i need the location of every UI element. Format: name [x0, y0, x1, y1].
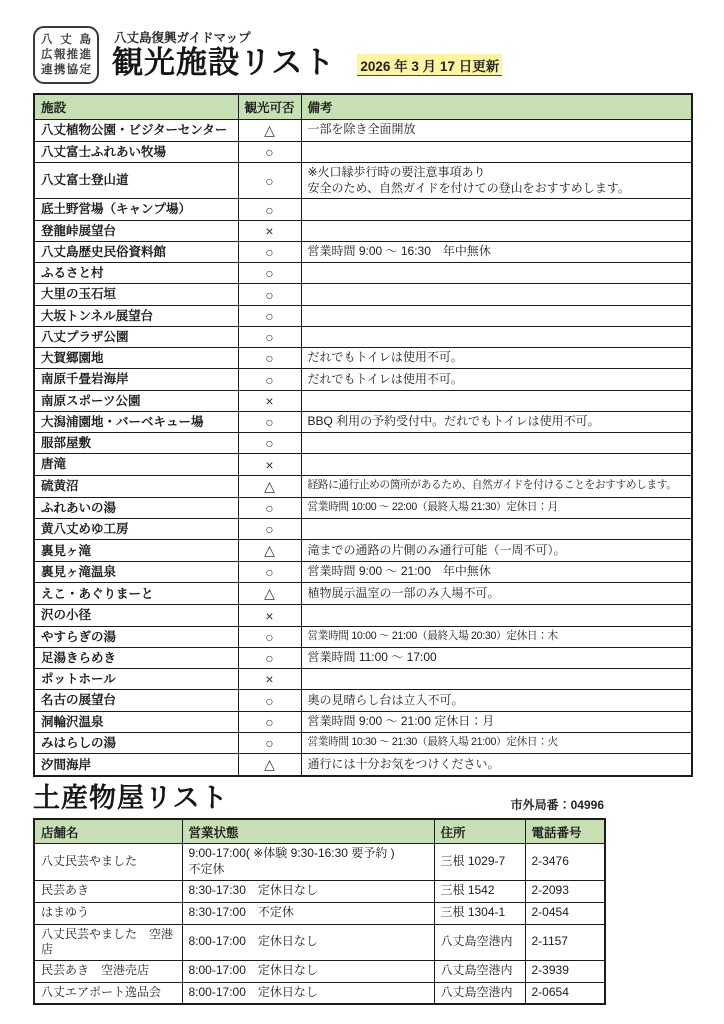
remarks-cell: 営業時間 9:00 ～ 21:00 定休日：月	[301, 711, 692, 732]
shop-row: はまゆう 8:30-17:00 不定休 三根 1304-1 2-0454	[34, 902, 605, 924]
facility-name-cell: 八丈富士ふれあい牧場	[34, 141, 238, 162]
facility-row: 八丈植物公園・ビジターセンター △ 一部を除き全面開放	[34, 119, 692, 141]
remarks-cell	[301, 454, 692, 475]
shop-name-cell: 民芸あき 空港売店	[34, 960, 182, 982]
facility-name-cell: 名古の展望台	[34, 690, 238, 711]
facility-table-body: 八丈植物公園・ビジターセンター △ 一部を除き全面開放 八丈富士ふれあい牧場 ○…	[34, 119, 692, 776]
facility-row: 大里の玉石垣 ○	[34, 284, 692, 305]
facility-row: 足湯きらめき ○ 営業時間 11:00 ～ 17:00	[34, 647, 692, 668]
remarks-cell: 経路に通行止めの箇所があるため、自然ガイドを付けることをおすすめします。	[301, 475, 692, 497]
availability-status-cell: ×	[238, 669, 301, 690]
facility-name-cell: 汐間海岸	[34, 754, 238, 777]
facility-row: 南原スポーツ公園 ×	[34, 390, 692, 411]
availability-status-cell: ○	[238, 241, 301, 262]
remarks-cell	[301, 605, 692, 626]
facility-row: 沢の小径 ×	[34, 605, 692, 626]
shop-row: 民芸あき 空港売店 8:00-17:00 定休日なし 八丈島空港内 2-3939	[34, 960, 605, 982]
facility-name-cell: 登龍峠展望台	[34, 220, 238, 241]
availability-status-cell: ×	[238, 220, 301, 241]
shop-row: 八丈民芸やました 9:00-17:00( ※体験 9:30-16:30 要予約 …	[34, 844, 605, 880]
shop-name-cell: 民芸あき	[34, 880, 182, 902]
availability-status-cell: △	[238, 583, 301, 605]
shop-address-cell: 八丈島空港内	[434, 924, 525, 960]
souvenir-section-header: 土産物屋リスト 市外局番：04996	[33, 784, 604, 814]
availability-status-cell: △	[238, 119, 301, 141]
availability-status-cell: ○	[238, 199, 301, 220]
shop-address-cell: 三根 1029-7	[434, 844, 525, 880]
facility-row: 服部屋敷 ○	[34, 433, 692, 454]
availability-status-cell: ○	[238, 326, 301, 347]
facility-name-cell: 南原千畳岩海岸	[34, 369, 238, 390]
remarks-cell: 営業時間 9:00 ～ 21:00 年中無休	[301, 562, 692, 583]
availability-status-cell: ○	[238, 647, 301, 668]
facility-row: ふれあいの湯 ○ 営業時間 10:00 ～ 22:00（最終入場 21:30）定…	[34, 497, 692, 518]
shop-phone-cell: 2-3476	[525, 844, 605, 880]
remarks-cell	[301, 284, 692, 305]
facility-name-cell: 唐滝	[34, 454, 238, 475]
availability-status-cell: ○	[238, 433, 301, 454]
facility-row: 洞輪沢温泉 ○ 営業時間 9:00 ～ 21:00 定休日：月	[34, 711, 692, 732]
facility-row: 八丈富士登山道 ○ ※火口縁歩行時の要注意事項あり 安全のため、自然ガイドを付け…	[34, 162, 692, 199]
facility-row: 裏見ヶ滝温泉 ○ 営業時間 9:00 ～ 21:00 年中無休	[34, 562, 692, 583]
remarks-cell	[301, 199, 692, 220]
facility-row: 大坂トンネル展望台 ○	[34, 305, 692, 326]
souvenir-header-row: 店舗名 営業状態 住所 電話番号	[34, 819, 605, 844]
facility-row: 黄八丈めゆ工房 ○	[34, 518, 692, 539]
shop-address-cell: 八丈島空港内	[434, 960, 525, 982]
remarks-cell	[301, 390, 692, 411]
facility-name-cell: 八丈島歴史民俗資料館	[34, 241, 238, 262]
availability-status-cell: ○	[238, 141, 301, 162]
facility-row: えこ・あぐりまーと △ 植物展示温室の一部のみ入場不可。	[34, 583, 692, 605]
facility-name-cell: ふるさと村	[34, 263, 238, 284]
availability-status-cell: △	[238, 540, 301, 562]
title-row: 観光施設リスト 2026 年 3 月 17 日更新	[112, 46, 502, 81]
column-header-address: 住所	[434, 819, 525, 844]
facility-row: 八丈富士ふれあい牧場 ○	[34, 141, 692, 162]
availability-status-cell: △	[238, 475, 301, 497]
facility-name-cell: 裏見ヶ滝	[34, 540, 238, 562]
availability-status-cell: ○	[238, 711, 301, 732]
shop-phone-cell: 2-3939	[525, 960, 605, 982]
shop-address-cell: 三根 1542	[434, 880, 525, 902]
shop-name-cell: 八丈民芸やました	[34, 844, 182, 880]
souvenir-table: 店舗名 営業状態 住所 電話番号 八丈民芸やました 9:00-17:00( ※体…	[33, 818, 606, 1005]
stamp-line: 八丈島	[41, 33, 91, 48]
facility-name-cell: 大賀郷園地	[34, 348, 238, 369]
availability-status-cell: ○	[238, 562, 301, 583]
shop-hours-cell: 8:30-17:30 定休日なし	[182, 880, 434, 902]
facility-table: 施設 観光可否 備考 八丈植物公園・ビジターセンター △ 一部を除き全面開放 八…	[33, 93, 693, 777]
facility-name-cell: 八丈植物公園・ビジターセンター	[34, 119, 238, 141]
facility-row: やすらぎの湯 ○ 営業時間 10:00 ～ 21:00（最終入場 20:30）定…	[34, 626, 692, 647]
remarks-cell	[301, 518, 692, 539]
column-header-phone: 電話番号	[525, 819, 605, 844]
availability-status-cell: ×	[238, 454, 301, 475]
remarks-cell	[301, 669, 692, 690]
facility-name-cell: 大坂トンネル展望台	[34, 305, 238, 326]
facility-row: 裏見ヶ滝 △ 滝までの通路の片側のみ通行可能（一周不可）。	[34, 540, 692, 562]
column-header-business-hours: 営業状態	[182, 819, 434, 844]
facility-row: 名古の展望台 ○ 奥の見晴らし台は立入不可。	[34, 690, 692, 711]
availability-status-cell: ○	[238, 263, 301, 284]
availability-status-cell: △	[238, 754, 301, 777]
facility-table-header: 施設 観光可否 備考	[34, 94, 692, 119]
availability-status-cell: ○	[238, 305, 301, 326]
remarks-cell	[301, 220, 692, 241]
column-header-availability: 観光可否	[238, 94, 301, 119]
remarks-cell: 通行には十分お気をつけください。	[301, 754, 692, 777]
shop-phone-cell: 2-1157	[525, 924, 605, 960]
remarks-cell: 奥の見晴らし台は立入不可。	[301, 690, 692, 711]
shop-hours-cell: 8:30-17:00 不定休	[182, 902, 434, 924]
remarks-cell: ※火口縁歩行時の要注意事項あり 安全のため、自然ガイドを付けての登山をおすすめし…	[301, 162, 692, 199]
facility-name-cell: 沢の小径	[34, 605, 238, 626]
facility-name-cell: えこ・あぐりまーと	[34, 583, 238, 605]
column-header-facility: 施設	[34, 94, 238, 119]
facility-name-cell: 八丈プラザ公園	[34, 326, 238, 347]
facility-row: 硫黄沼 △ 経路に通行止めの箇所があるため、自然ガイドを付けることをおすすめしま…	[34, 475, 692, 497]
facility-name-cell: 裏見ヶ滝温泉	[34, 562, 238, 583]
availability-status-cell: ○	[238, 284, 301, 305]
availability-status-cell: ○	[238, 411, 301, 432]
facility-row: ふるさと村 ○	[34, 263, 692, 284]
column-header-shop-name: 店舗名	[34, 819, 182, 844]
shop-phone-cell: 2-0454	[525, 902, 605, 924]
shop-row: 民芸あき 8:30-17:30 定休日なし 三根 1542 2-2093	[34, 880, 605, 902]
shop-phone-cell: 2-0654	[525, 982, 605, 1004]
stamp-line: 広報推進	[41, 48, 91, 63]
availability-status-cell: ○	[238, 626, 301, 647]
facility-row: ポットホール ×	[34, 669, 692, 690]
facility-name-cell: 八丈富士登山道	[34, 162, 238, 199]
souvenir-table-body: 八丈民芸やました 9:00-17:00( ※体験 9:30-16:30 要予約 …	[34, 844, 605, 1004]
facility-name-cell: 大里の玉石垣	[34, 284, 238, 305]
remarks-cell: 営業時間 9:00 ～ 16:30 年中無休	[301, 241, 692, 262]
availability-status-cell: ○	[238, 518, 301, 539]
remarks-cell: BBQ 利用の予約受付中。だれでもトイレは使用不可。	[301, 411, 692, 432]
facility-name-cell: 服部屋敷	[34, 433, 238, 454]
remarks-cell: 植物展示温室の一部のみ入場不可。	[301, 583, 692, 605]
remarks-cell	[301, 305, 692, 326]
souvenir-table-header: 店舗名 営業状態 住所 電話番号	[34, 819, 605, 844]
facility-row: 八丈プラザ公園 ○	[34, 326, 692, 347]
title-block: 八丈島復興ガイドマップ 観光施設リスト 2026 年 3 月 17 日更新	[112, 26, 502, 81]
document-subtitle: 八丈島復興ガイドマップ	[114, 28, 502, 46]
facility-row: 大潟浦園地・バーベキュー場 ○ BBQ 利用の予約受付中。だれでもトイレは使用不…	[34, 411, 692, 432]
availability-status-cell: ○	[238, 369, 301, 390]
facility-row: 八丈島歴史民俗資料館 ○ 営業時間 9:00 ～ 16:30 年中無休	[34, 241, 692, 262]
facility-name-cell: みはらしの湯	[34, 732, 238, 753]
shop-name-cell: 八丈民芸やました 空港店	[34, 924, 182, 960]
facility-name-cell: 南原スポーツ公園	[34, 390, 238, 411]
shop-phone-cell: 2-2093	[525, 880, 605, 902]
facility-row: 南原千畳岩海岸 ○ だれでもトイレは使用不可。	[34, 369, 692, 390]
remarks-cell: 営業時間 10:30 ～ 21:30（最終入場 21:00）定休日：火	[301, 732, 692, 753]
availability-status-cell: ○	[238, 348, 301, 369]
association-stamp: 八丈島 広報推進 連携協定	[33, 26, 99, 84]
facility-row: 底土野営場（キャンプ場） ○	[34, 199, 692, 220]
availability-status-cell: ×	[238, 605, 301, 626]
facility-row: 唐滝 ×	[34, 454, 692, 475]
remarks-cell: 営業時間 10:00 ～ 21:00（最終入場 20:30）定休日：木	[301, 626, 692, 647]
availability-status-cell: ○	[238, 690, 301, 711]
facility-row: 大賀郷園地 ○ だれでもトイレは使用不可。	[34, 348, 692, 369]
facility-header-row: 施設 観光可否 備考	[34, 94, 692, 119]
shop-address-cell: 八丈島空港内	[434, 982, 525, 1004]
shop-hours-cell: 8:00-17:00 定休日なし	[182, 924, 434, 960]
shop-address-cell: 三根 1304-1	[434, 902, 525, 924]
remarks-cell: 営業時間 10:00 ～ 22:00（最終入場 21:30）定休日：月	[301, 497, 692, 518]
shop-hours-cell: 9:00-17:00( ※体験 9:30-16:30 要予約 ) 不定休	[182, 844, 434, 880]
shop-name-cell: 八丈エアポート逸品会	[34, 982, 182, 1004]
availability-status-cell: ○	[238, 732, 301, 753]
facility-name-cell: 黄八丈めゆ工房	[34, 518, 238, 539]
souvenir-section-title: 土産物屋リスト	[33, 784, 228, 814]
facility-name-cell: 洞輪沢温泉	[34, 711, 238, 732]
facility-name-cell: やすらぎの湯	[34, 626, 238, 647]
remarks-cell	[301, 141, 692, 162]
remarks-cell: だれでもトイレは使用不可。	[301, 369, 692, 390]
remarks-cell	[301, 326, 692, 347]
shop-hours-cell: 8:00-17:00 定休日なし	[182, 982, 434, 1004]
updated-date: 2026 年 3 月 17 日更新	[357, 54, 502, 76]
page-title: 観光施設リスト	[112, 46, 335, 81]
remarks-cell: 一部を除き全面開放	[301, 119, 692, 141]
facility-name-cell: 硫黄沼	[34, 475, 238, 497]
shop-hours-cell: 8:00-17:00 定休日なし	[182, 960, 434, 982]
facility-name-cell: ポットホール	[34, 669, 238, 690]
facility-row: みはらしの湯 ○ 営業時間 10:30 ～ 21:30（最終入場 21:00）定…	[34, 732, 692, 753]
availability-status-cell: ○	[238, 497, 301, 518]
availability-status-cell: ○	[238, 162, 301, 199]
remarks-cell	[301, 263, 692, 284]
remarks-cell: 滝までの通路の片側のみ通行可能（一周不可）。	[301, 540, 692, 562]
availability-status-cell: ×	[238, 390, 301, 411]
shop-name-cell: はまゆう	[34, 902, 182, 924]
facility-row: 登龍峠展望台 ×	[34, 220, 692, 241]
facility-name-cell: ふれあいの湯	[34, 497, 238, 518]
document-header: 八丈島 広報推進 連携協定 八丈島復興ガイドマップ 観光施設リスト 2026 年…	[33, 26, 691, 84]
document-page: 八丈島 広報推進 連携協定 八丈島復興ガイドマップ 観光施設リスト 2026 年…	[0, 0, 724, 1024]
facility-name-cell: 底土野営場（キャンプ場）	[34, 199, 238, 220]
shop-row: 八丈エアポート逸品会 8:00-17:00 定休日なし 八丈島空港内 2-065…	[34, 982, 605, 1004]
stamp-line: 連携協定	[41, 63, 91, 78]
column-header-remarks: 備考	[301, 94, 692, 119]
facility-row: 汐間海岸 △ 通行には十分お気をつけください。	[34, 754, 692, 777]
shop-row: 八丈民芸やました 空港店 8:00-17:00 定休日なし 八丈島空港内 2-1…	[34, 924, 605, 960]
remarks-cell: だれでもトイレは使用不可。	[301, 348, 692, 369]
remarks-cell	[301, 433, 692, 454]
facility-name-cell: 足湯きらめき	[34, 647, 238, 668]
area-code-label: 市外局番：04996	[511, 796, 604, 813]
facility-name-cell: 大潟浦園地・バーベキュー場	[34, 411, 238, 432]
remarks-cell: 営業時間 11:00 ～ 17:00	[301, 647, 692, 668]
